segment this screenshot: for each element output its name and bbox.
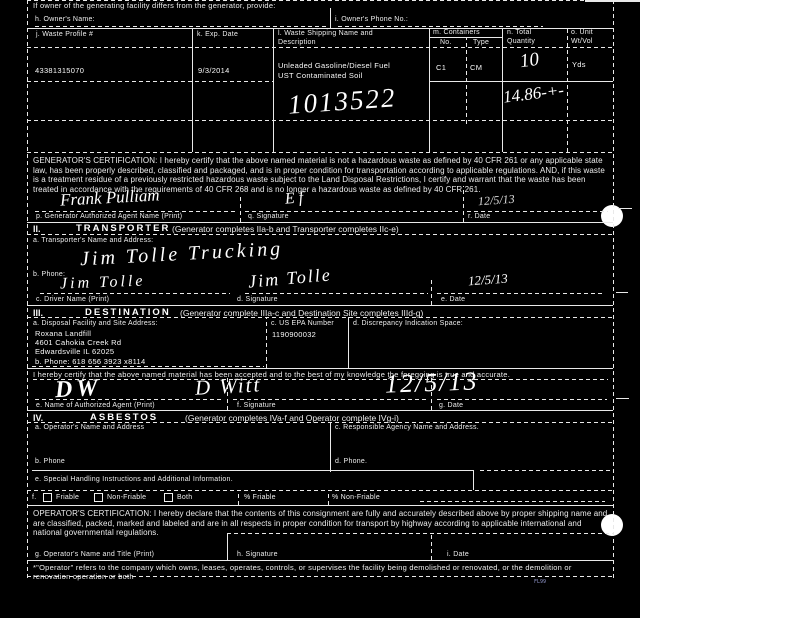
- driver-name-handwritten: Jim Tolle: [60, 273, 146, 294]
- facility-name: Roxana Landfill: [35, 329, 91, 338]
- form-line: [27, 410, 613, 411]
- form-line: [27, 317, 613, 318]
- form-line: [330, 422, 331, 472]
- generator-signature-scribble: E f: [284, 189, 304, 209]
- form-line: [266, 317, 267, 368]
- form-line: [27, 368, 613, 369]
- form-line: [238, 490, 239, 505]
- form-line: [33, 379, 608, 380]
- generator-signature-label: q. Signature: [248, 213, 289, 222]
- form-line: [32, 470, 473, 471]
- form-line: [616, 398, 629, 399]
- form-line: [27, 490, 613, 491]
- facility-city: Edwardsville IL 62025: [35, 347, 114, 356]
- epa-number-label: c. US EPA Number: [271, 320, 334, 329]
- form-line: [227, 375, 228, 410]
- form-line: [429, 37, 503, 38]
- responsible-agency-label: c. Responsible Agency Name and Address.: [335, 424, 479, 433]
- form-line: [27, 47, 613, 48]
- operator-signature-label: h. Signature: [237, 551, 278, 560]
- section-ii-subtitle: (Generator completes IIa-b and Transport…: [172, 224, 399, 234]
- owner-phone-label: i. Owner's Phone No.:: [335, 16, 408, 25]
- driver-signature-label: d. Signature: [237, 296, 278, 305]
- containers-type-value: CM: [470, 63, 482, 72]
- form-line: [27, 222, 613, 223]
- form-line: [227, 533, 613, 534]
- shipping-name-line1: Unleaded Gasoline/Diesel Fuel: [278, 61, 390, 70]
- section-ii-title: TRANSPORTER: [76, 223, 170, 234]
- generator-date-handwritten: 12/5/13: [478, 192, 516, 210]
- form-line: [338, 26, 543, 27]
- owner-name-label: h. Owner's Name:: [35, 16, 95, 25]
- operator-certification-text: OPERATOR'S CERTIFICATION: I hereby decla…: [33, 509, 611, 539]
- form-line: [35, 26, 327, 27]
- quantity2-handwritten: 14.86-+-: [502, 80, 565, 107]
- form-line: [463, 186, 464, 222]
- col-waste-profile: j. Waste Profile #: [36, 31, 93, 40]
- form-line: [40, 293, 230, 294]
- driver-date-handwritten: 12/5/13: [467, 271, 508, 290]
- form-line: [348, 317, 349, 368]
- form-line: [27, 28, 614, 29]
- form-line: [35, 211, 235, 212]
- form-line: [431, 278, 432, 305]
- scanned-document: If owner of the generating facility diff…: [0, 0, 640, 618]
- form-line: [27, 120, 613, 121]
- form-line: [27, 505, 613, 506]
- col-total-quantity: n. Total Quantity: [507, 29, 555, 46]
- form-line: [27, 0, 28, 578]
- form-line: [245, 211, 458, 212]
- disposal-facility-label: a. Disposal Facility and Site Address:: [33, 320, 158, 329]
- containers-no-value: C1: [436, 63, 446, 72]
- form-line: [27, 422, 613, 423]
- owner-differs-note: If owner of the generating facility diff…: [33, 2, 276, 11]
- both-label: Both: [177, 494, 192, 503]
- quantity-handwritten: 10: [519, 49, 541, 73]
- form-line: [27, 152, 613, 153]
- generator-agent-label: p. Generator Authorized Agent Name (Prin…: [36, 213, 182, 222]
- form-line: [27, 0, 614, 1]
- asbestos-phone-b-label: b. Phone: [35, 458, 65, 467]
- nonfriable-label: Non-Friable: [107, 494, 146, 503]
- form-line: [245, 293, 428, 294]
- form-line: [616, 292, 628, 293]
- form-line: [27, 560, 613, 561]
- section-ii-number: II.: [33, 224, 41, 234]
- epa-number-value: 1190900032: [272, 330, 316, 339]
- form-line: [27, 234, 613, 235]
- facility-phone: b. Phone: 618 656 3923 x8114: [35, 357, 145, 366]
- friable-row-label: f.: [32, 494, 36, 503]
- operator-name-label: a. Operator's Name and Address: [35, 424, 144, 433]
- driver-date-label: e. Date: [441, 296, 465, 305]
- form-line: [473, 470, 474, 490]
- col-shipping-name: l. Waste Shipping Name and Description: [278, 30, 396, 47]
- driver-signature-handwritten: Jim Tolle: [247, 264, 332, 292]
- form-line: [27, 81, 273, 82]
- form-stamp: FL99: [534, 579, 546, 585]
- form-line: [227, 533, 228, 560]
- facility-street: 4601 Cahokia Creek Rd: [35, 338, 121, 347]
- form-line: [27, 305, 613, 306]
- nonfriable-checkbox: [94, 493, 103, 502]
- col-exp-date: k. Exp. Date: [197, 31, 238, 40]
- friable-label: Friable: [56, 494, 79, 503]
- discrepancy-label: d. Discrepancy Indication Space:: [353, 320, 463, 329]
- operator-name-title-label: g. Operator's Name and Title (Print): [35, 551, 154, 560]
- form-line: [35, 399, 223, 400]
- form-line: [27, 576, 613, 577]
- form-line: [328, 490, 329, 505]
- form-line: [437, 399, 607, 400]
- generator-agent-handwritten: Frank Pulliam: [60, 185, 161, 210]
- page-background: { "header": { "owner_note": "If owner of…: [0, 0, 800, 618]
- generator-date-label: r. Date: [468, 213, 490, 222]
- special-handling-label: e. Special Handling Instructions and Add…: [35, 476, 233, 485]
- transporter-address-label: a. Transporter's Name and Address:: [33, 237, 153, 246]
- friable-checkbox: [43, 493, 52, 502]
- form-line: [233, 399, 427, 400]
- col-unit: o. Unit Wt/Vol: [571, 29, 607, 46]
- form-line: [32, 366, 264, 367]
- asbestos-phone-d-label: d. Phone.: [335, 458, 367, 467]
- waste-profile-value: 43381315070: [35, 66, 84, 75]
- form-line: [467, 211, 608, 212]
- shipping-name-line2: UST Contaminated Soil: [278, 71, 363, 80]
- exp-date-value: 9/3/2014: [198, 66, 230, 75]
- form-line: [420, 501, 605, 502]
- form-line: [429, 81, 613, 82]
- form-line: [480, 470, 610, 471]
- both-checkbox: [164, 493, 173, 502]
- pct-friable-label: % Friable: [244, 494, 276, 503]
- form-line: [431, 375, 432, 410]
- unit-value: Yds: [572, 60, 586, 69]
- destination-signature-handwritten: D Witt: [194, 372, 261, 400]
- operator-date-label: i. Date: [447, 551, 469, 560]
- form-line: [437, 293, 605, 294]
- form-line: [330, 8, 331, 28]
- pct-nonfriable-label: % Non-Friable: [332, 494, 380, 503]
- form-line: [240, 196, 241, 222]
- operator-footnote: *"Operator" refers to the company which …: [33, 563, 578, 581]
- form-line: [431, 533, 432, 560]
- ticket-number-handwritten: 1013522: [287, 82, 397, 120]
- form-line: [618, 208, 632, 209]
- driver-name-label: c. Driver Name (Print): [36, 296, 109, 305]
- form-line: [613, 0, 614, 578]
